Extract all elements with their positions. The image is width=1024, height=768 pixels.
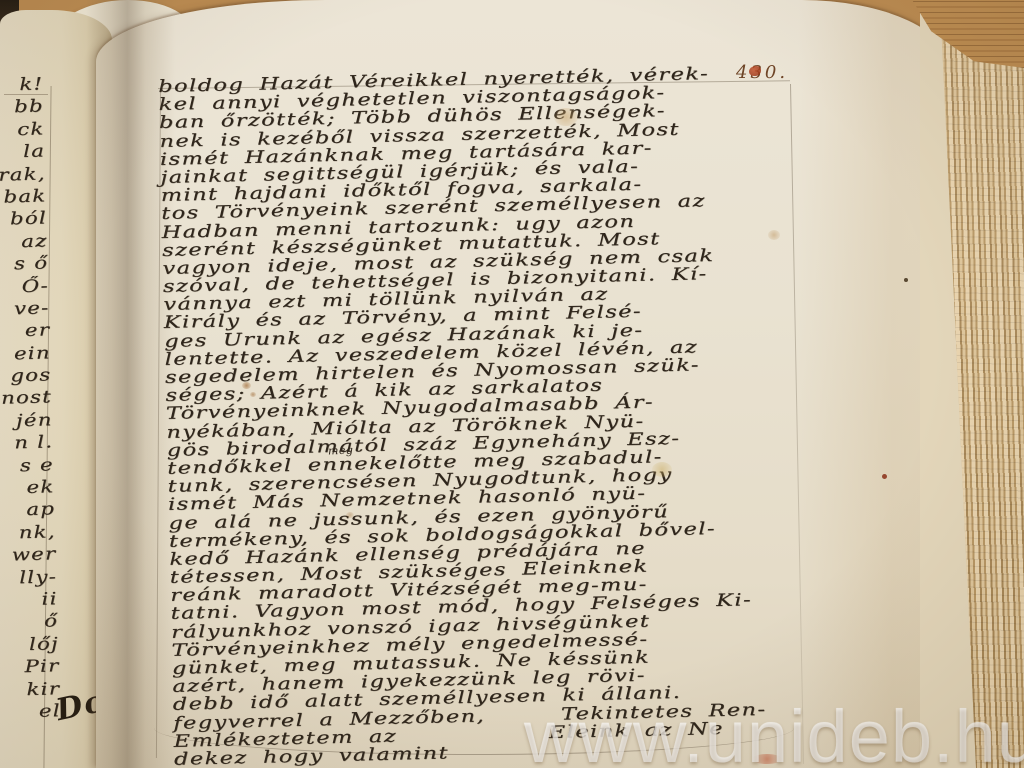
left-page-line-fragment: wer <box>0 543 57 567</box>
left-page-line-fragment: bak <box>0 185 47 209</box>
left-page-line-fragment: rak, <box>0 163 46 187</box>
left-page-line-fragment: ve- <box>0 297 50 321</box>
left-page-line-fragment: Ő- <box>0 275 49 299</box>
left-page-line-fragment: Pir <box>0 655 60 679</box>
photo-scene: k!bbcklarak,bakbólazs őŐ-ve-ereingosnost… <box>0 0 1024 768</box>
left-page-line-fragment: la <box>0 141 45 165</box>
left-page-line-fragment: gos <box>0 364 52 388</box>
left-page-line-fragment: ck <box>0 118 45 142</box>
left-page-line-fragment: jén <box>0 409 53 433</box>
left-page-text: k!bbcklarak,bakbólazs őŐ-ve-ereingosnost… <box>0 73 61 724</box>
left-page-line-fragment: az <box>0 230 48 254</box>
left-page-line-fragment: bb <box>0 96 44 120</box>
page-fore-edge <box>920 0 1024 768</box>
paper-stain <box>904 278 908 282</box>
left-page-line-fragment: k! <box>0 73 44 97</box>
left-page-line-fragment: ap <box>0 499 55 523</box>
left-page-line-fragment: el <box>0 700 61 724</box>
left-page-line-fragment: s ő <box>0 252 49 276</box>
left-page-line-fragment: n l. <box>0 432 54 456</box>
left-page-line-fragment: nost <box>0 387 52 411</box>
left-page-line-fragment: ein <box>0 342 51 366</box>
right-page: 430. boldog Hazát Véreikkel nyerették, v… <box>96 0 952 768</box>
left-page-line-fragment: lly- <box>0 566 57 590</box>
left-page-line-fragment: lőj <box>0 633 59 657</box>
left-page-line-fragment: er <box>0 320 50 344</box>
left-page-line-fragment: ii <box>0 588 58 612</box>
deckled-page-edges <box>920 0 1024 768</box>
left-page-line-fragment: kir <box>0 678 60 702</box>
manuscript-text: boldog Hazát Véreikkel nyerették, vérek-… <box>158 65 734 768</box>
left-page-line-fragment: ból <box>0 208 47 232</box>
left-page-line-fragment: ek <box>0 476 55 500</box>
left-page-line-fragment: ő <box>0 611 59 635</box>
interlinear-insertion: meg <box>328 444 354 458</box>
left-page-line-fragment: nk, <box>0 521 56 545</box>
watermark: www.unideb.hu <box>524 700 1024 768</box>
left-page-line-fragment: s e <box>0 454 54 478</box>
